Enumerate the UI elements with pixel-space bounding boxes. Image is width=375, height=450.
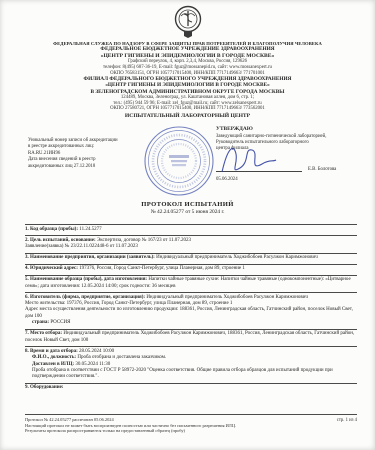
- section-label: 6. Изготовитель (фирма, предприятие, орг…: [25, 295, 145, 300]
- section-label: 7. Место отбора:: [25, 331, 62, 336]
- signature-icon: [218, 138, 278, 180]
- section-label: 2. Цель испытаний, основание:: [25, 238, 96, 243]
- manufacturer-activity-address: Адрес места осуществления деятельности п…: [25, 307, 357, 320]
- page-footer: Протокол № 42.24.05277 распечатан 05.06.…: [25, 414, 357, 434]
- section-sample-code: 1. Код образца (пробы): 11.24.5277: [25, 224, 357, 235]
- approval-heading: УТВЕРЖДАЮ: [216, 126, 358, 133]
- protocol-title: ПРОТОКОЛ ИСПЫТАНИЙ: [0, 201, 375, 208]
- center-name: «ЦЕНТР ГИГИЕНЫ И ЭПИДЕМИОЛОГИИ В ГОРОДЕ …: [0, 53, 375, 60]
- section-sampling-time: 8. Время и дата отбора: 28.05.2024 10:00…: [25, 346, 357, 383]
- section-label: 8. Время и дата отбора:: [25, 349, 78, 354]
- section-label: 5. Наименование образца (пробы), дата из…: [25, 277, 147, 282]
- section-value: Индивидуальный предприниматель Ходжибобо…: [156, 255, 318, 260]
- section-value: Индивидуальный предприниматель Ходжибобо…: [146, 295, 308, 300]
- branch-codes: ОКПО 27580721, ОГРН 1057717015400, ИНН/К…: [0, 106, 375, 112]
- rospotrebnadzor-emblem-icon: [172, 5, 204, 39]
- delivered-value: 30.05.2024 11:30: [75, 362, 110, 367]
- footer-disclaimer-2: Результаты протокола распространяются то…: [25, 428, 357, 434]
- section-manufacturer: 6. Изготовитель (фирма, предприятие, орг…: [25, 292, 357, 329]
- section-value: Экспертиза, договор № 167/23 от 11.07.20…: [97, 238, 191, 243]
- country-value: РОССИЯ: [50, 320, 70, 325]
- section-label: 9. Оборудование:: [25, 385, 63, 390]
- testing-lab-center-title: ИСПЫТАТЕЛЬНЫЙ ЛАБОРАТОРНЫЙ ЦЕНТР: [0, 113, 375, 120]
- section-value: 28.05.2024 10:00: [79, 349, 114, 354]
- section-value: 11.24.5277: [79, 227, 101, 232]
- protocol-document-page: ФЕДЕРАЛЬНАЯ СЛУЖБА ПО НАДЗОРУ В СФЕРЕ ЗА…: [0, 0, 375, 450]
- section-test-purpose: 2. Цель испытаний, основание: Экспертиза…: [25, 235, 357, 252]
- section-legal-address: 4. Юридический адрес: 197376, Россия, Го…: [25, 264, 357, 275]
- protocol-title-block: ПРОТОКОЛ ИСПЫТАНИЙ № 42.24.05277 от 5 ию…: [0, 201, 375, 215]
- fio-value: Проба отобрана и доставлена заказчиком.: [77, 355, 166, 360]
- section-applicant: 3. Наименование предприятия, организации…: [25, 253, 357, 264]
- application-line: Заявление(заявка) № 23/22.11.022448-6 от…: [25, 244, 357, 250]
- approver-name: Е.В. Болотова: [308, 167, 336, 173]
- page-number: стр. 1 из 4: [337, 418, 357, 424]
- section-label: 1. Код образца (пробы):: [25, 227, 78, 232]
- fio-label: Ф.И.О., должность:: [32, 355, 76, 360]
- document-header: ФЕДЕРАЛЬНАЯ СЛУЖБА ПО НАДЗОРУ В СФЕРЕ ЗА…: [0, 5, 375, 120]
- section-sampling-place: 7. Место отбора: Индивидуальный предприн…: [25, 329, 357, 346]
- section-label: 4. Юридический адрес:: [25, 266, 78, 271]
- country-label: страна:: [32, 320, 49, 325]
- protocol-number: № 42.24.05277 от 5 июня 2024 г.: [0, 209, 375, 215]
- section-label: 3. Наименование предприятия, организации…: [25, 255, 155, 260]
- gost-note: Проба отобрана в соответствии с ГОСТ Р 5…: [25, 368, 357, 381]
- protocol-sections: 1. Код образца (пробы): 11.24.5277 2. Це…: [25, 224, 357, 394]
- round-stamp-icon: [142, 124, 216, 198]
- section-value: 197376, Россия, Город Санкт-Петербург, у…: [79, 266, 245, 271]
- section-value: Индивидуальный предприниматель Ходжибобо…: [25, 331, 354, 342]
- delivered-label: Доставлен в ИЛЦ:: [32, 362, 74, 367]
- section-sample-name: 5. Наименование образца (пробы), дата из…: [25, 275, 357, 292]
- section-equipment: 9. Оборудование:: [25, 383, 357, 394]
